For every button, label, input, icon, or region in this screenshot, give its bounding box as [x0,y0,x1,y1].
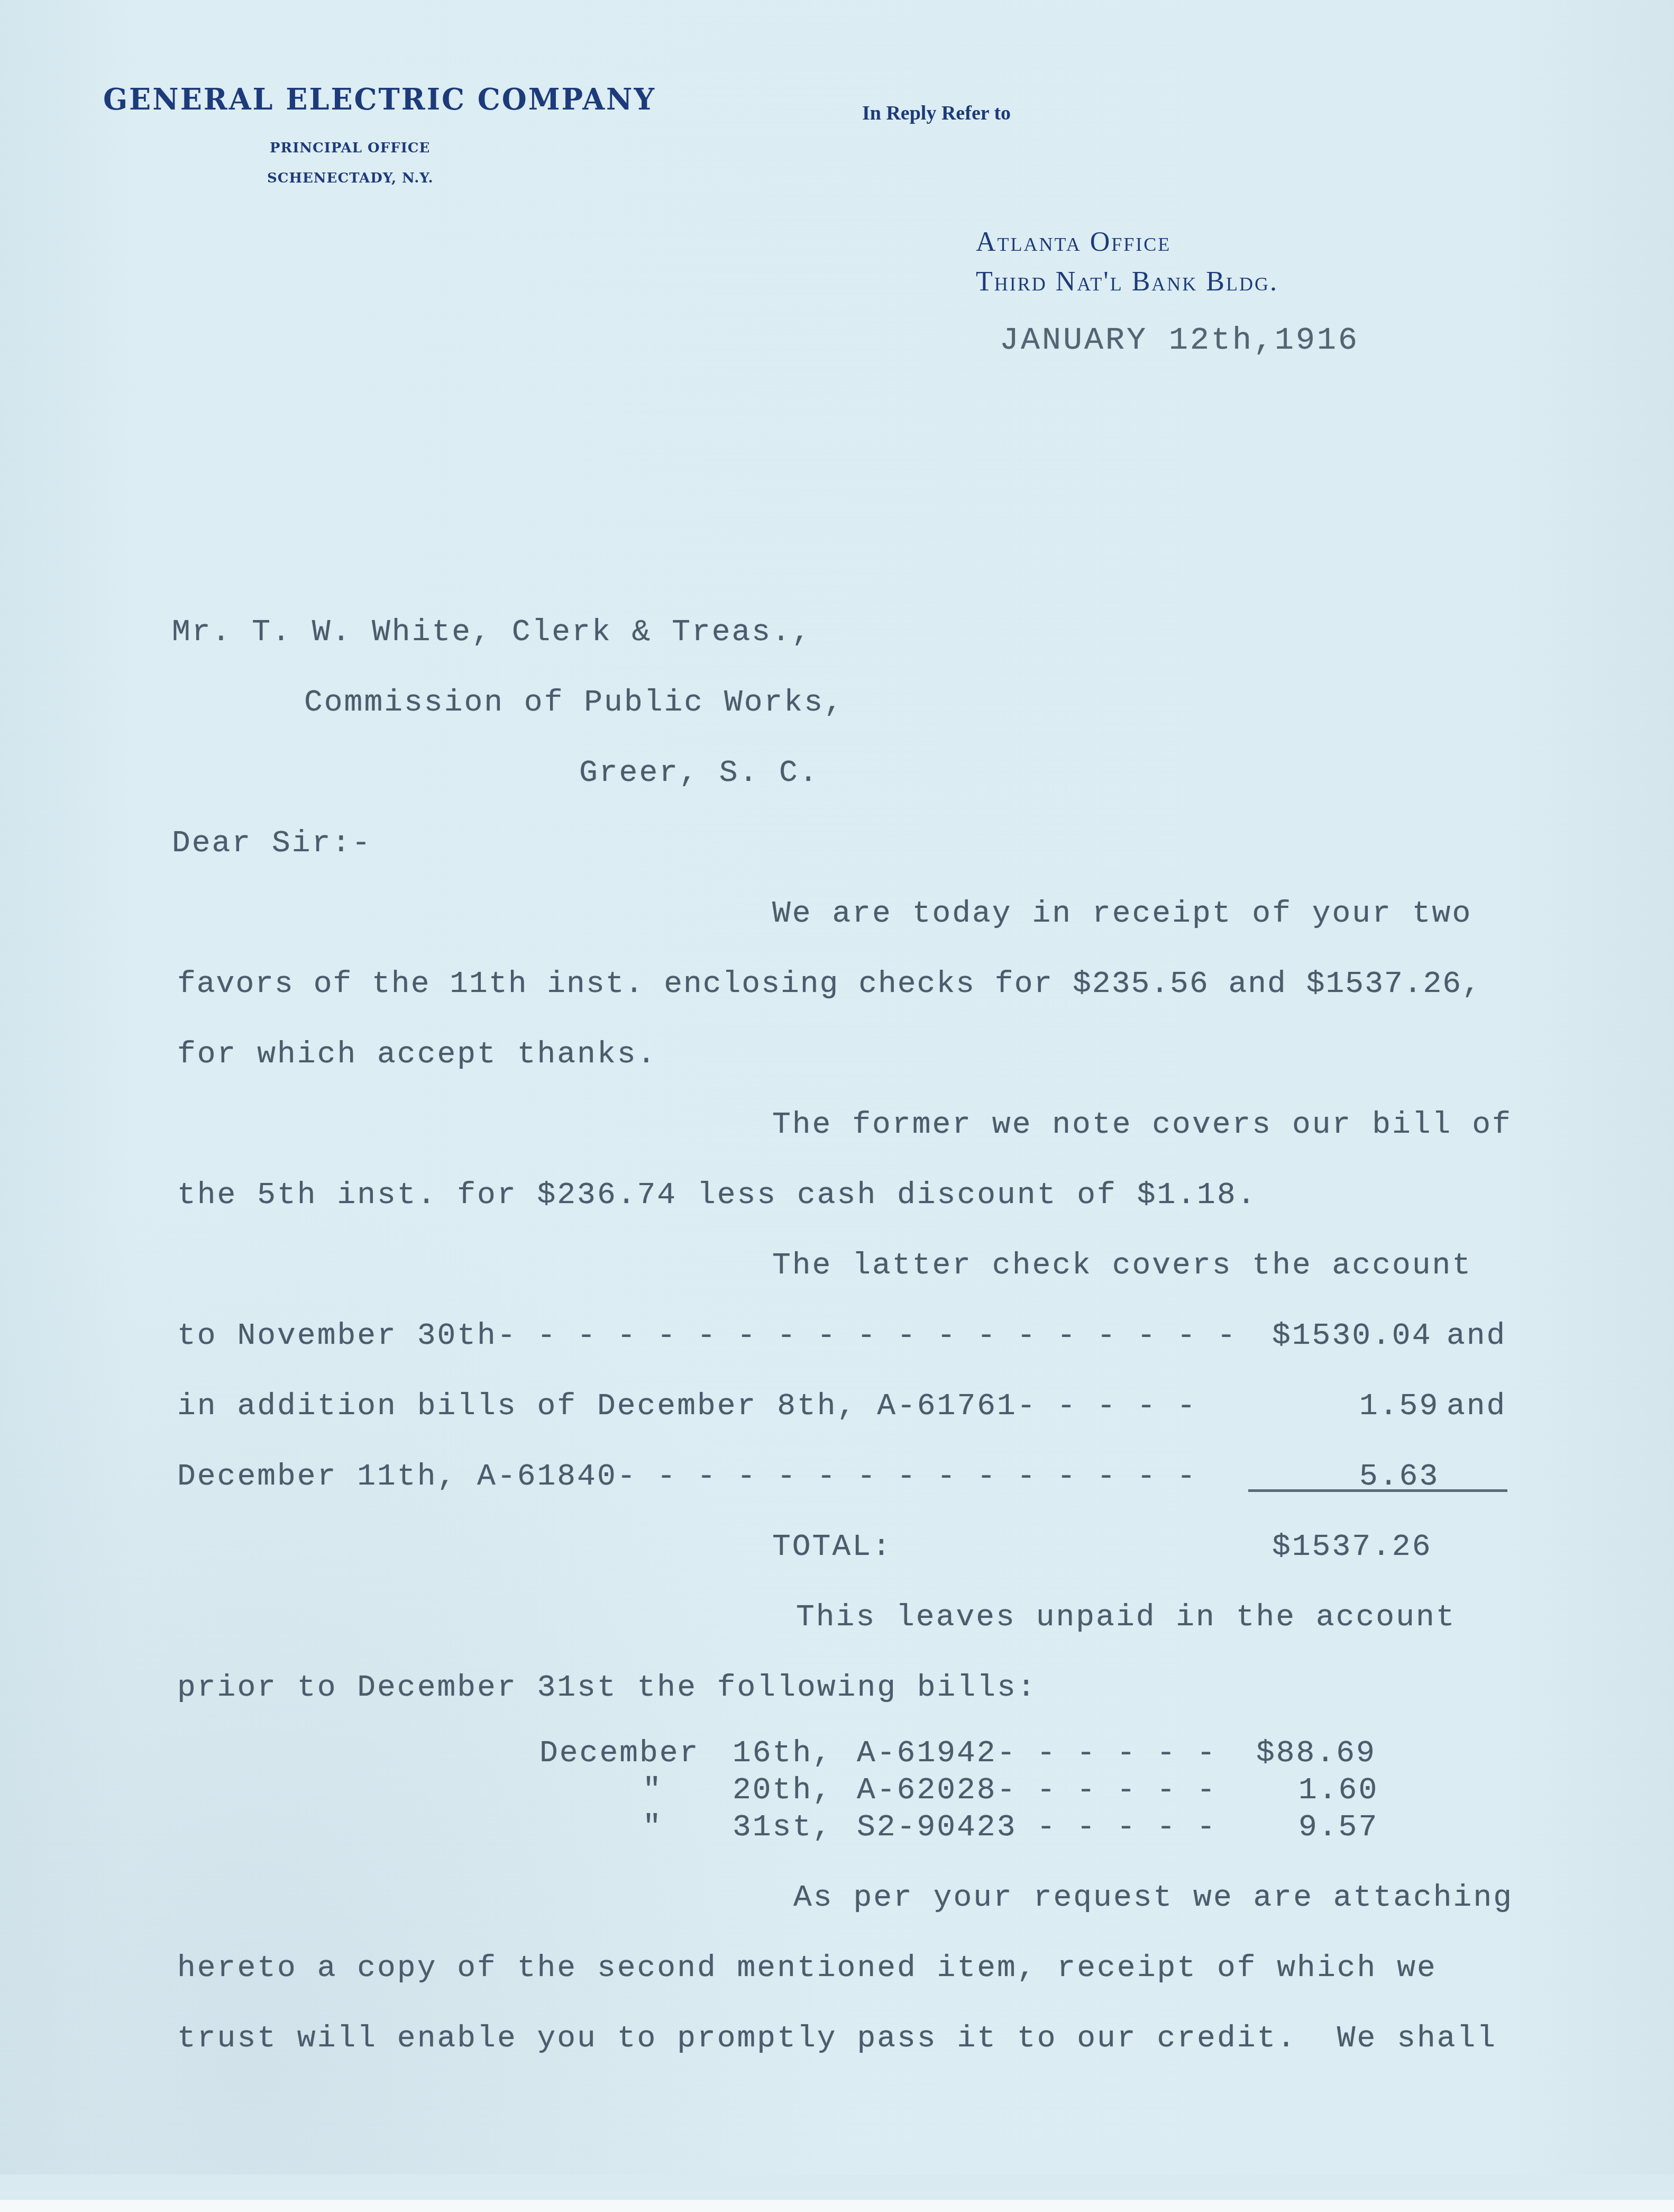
body-line: the 5th inst. for $236.74 less cash disc… [177,1178,1257,1213]
total-amount: $1537.26 [1272,1530,1432,1564]
bill-day: 31st, [733,1810,833,1845]
bill-amount: 1.60 [1298,1773,1378,1808]
addressee-line-3: Greer, S. C. [579,756,819,790]
letter-date: JANUARY 12th,1916 [1000,323,1359,359]
total-label: TOTAL: [772,1530,892,1564]
principal-office-city: SCHENECTADY, N.Y. [267,170,434,186]
bill-number: S2-90423 - - - - - [857,1810,1217,1845]
sum-underline [1248,1489,1507,1492]
body-line: The latter check covers the account [772,1249,1472,1283]
item-amount: 1.59 [1359,1389,1439,1424]
bill-number: A-62028- - - - - - [857,1773,1217,1808]
salutation: Dear Sir:- [172,826,372,861]
item-suffix: and [1447,1319,1506,1353]
bill-month-ditto: " [643,1810,663,1845]
item-label: December 11th, A-61840- - - - - - - - - … [177,1460,1197,1494]
addressee-line-1: Mr. T. W. White, Clerk & Treas., [172,615,812,650]
item-amount: $1530.04 [1272,1319,1432,1353]
branch-building: Third Nat'l Bank Bldg. [976,266,1278,297]
company-name: GENERAL ELECTRIC COMPANY [103,81,656,116]
body-line: As per your request we are attaching [793,1881,1513,1915]
addressee-line-2: Commission of Public Works, [304,686,844,720]
body-line: The former we note covers our bill of [772,1108,1512,1142]
item-suffix: and [1447,1389,1506,1424]
body-line: favors of the 11th inst. enclosing check… [177,967,1481,1002]
bill-day: 16th, [733,1736,833,1771]
body-line: for which accept thanks. [177,1037,657,1072]
principal-office-label: PRINCIPAL OFFICE [270,140,430,156]
bill-month-ditto: " [643,1773,663,1808]
body-line: hereto a copy of the second mentioned it… [177,1951,1437,1986]
letter-paper [0,0,1674,2174]
bill-amount: 9.57 [1298,1810,1378,1845]
body-line: This leaves unpaid in the account [796,1600,1456,1635]
body-line: We are today in receipt of your two [772,897,1472,931]
bill-amount: $88.69 [1256,1736,1376,1771]
bill-month: December [539,1736,699,1771]
body-line: trust will enable you to promptly pass i… [177,2022,1497,2056]
scan-bottom-edge [0,2200,1674,2212]
reply-refer-label: In Reply Refer to [862,102,1011,125]
bill-number: A-61942- - - - - - [857,1736,1217,1771]
item-label: to November 30th- - - - - - - - - - - - … [177,1319,1237,1353]
bill-day: 20th, [733,1773,833,1808]
body-line: prior to December 31st the following bil… [177,1671,1037,1705]
branch-office: Atlanta Office [976,226,1171,258]
item-label: in addition bills of December 8th, A-617… [177,1389,1197,1424]
